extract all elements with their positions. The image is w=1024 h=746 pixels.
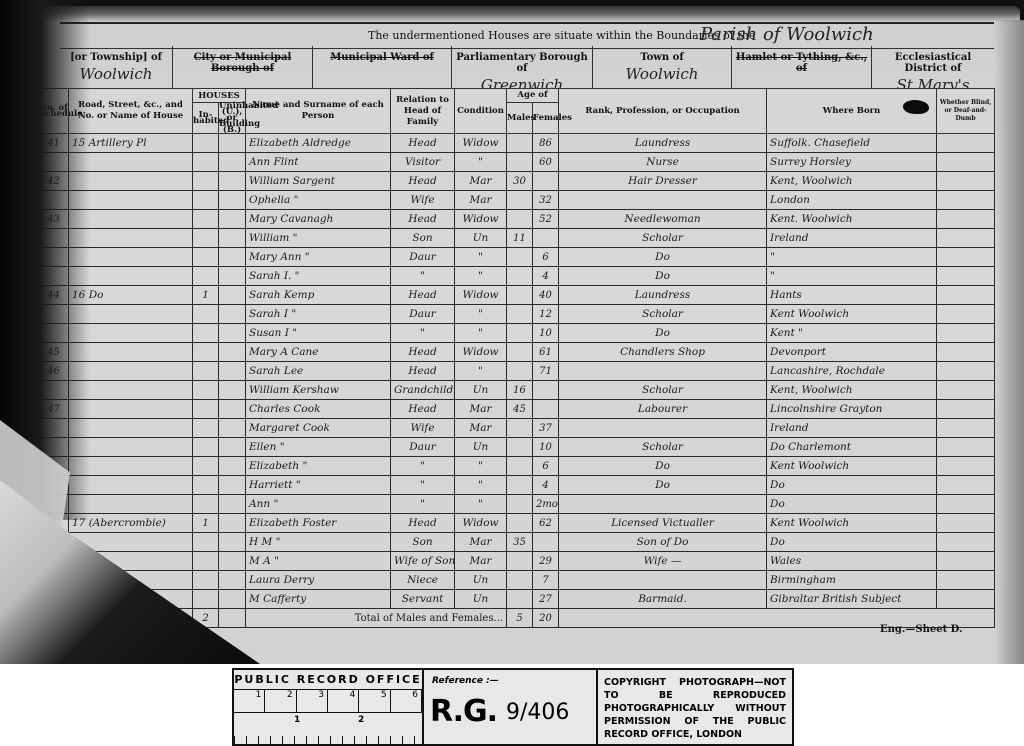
age-female: 60 xyxy=(533,153,559,172)
age-male: 11 xyxy=(507,229,533,248)
birthplace: Kent, Woolwich xyxy=(767,381,937,400)
occupation: Son of Do xyxy=(559,533,767,552)
division-hamlet: Hamlet or Tything, &c., of xyxy=(732,46,872,88)
table-row: 4817 (Abercrombie)1Elizabeth FosterHeadW… xyxy=(39,514,995,533)
relation: " xyxy=(391,324,455,343)
blind-deaf xyxy=(937,362,995,381)
copyright-notice: COPYRIGHT PHOTOGRAPH—NOT TO BE REPRODUCE… xyxy=(598,670,792,744)
total-uninhabited xyxy=(219,609,246,628)
age-female: 10 xyxy=(533,438,559,457)
table-row: 46Sarah LeeHead"71Lancashire, Rochdale xyxy=(39,362,995,381)
condition: Mar xyxy=(455,400,507,419)
condition: Un xyxy=(455,381,507,400)
ink-blot xyxy=(903,100,929,114)
relation: " xyxy=(391,267,455,286)
birthplace: Do xyxy=(767,495,937,514)
inhabited-count xyxy=(193,400,219,419)
condition: " xyxy=(455,495,507,514)
administrative-divisions: [or Township] of Woolwich City or Munici… xyxy=(60,46,994,90)
age-male xyxy=(507,324,533,343)
age-male xyxy=(507,419,533,438)
inhabited-count xyxy=(193,191,219,210)
uninhabited-count xyxy=(219,305,246,324)
blind-deaf xyxy=(937,571,995,590)
relation: Wife xyxy=(391,419,455,438)
person-name: Charles Cook xyxy=(246,400,391,419)
blind-deaf xyxy=(937,400,995,419)
condition: " xyxy=(455,305,507,324)
condition: Mar xyxy=(455,552,507,571)
inhabited-count xyxy=(193,590,219,609)
relation: Daur xyxy=(391,305,455,324)
occupation xyxy=(559,362,767,381)
condition: " xyxy=(455,324,507,343)
occupation: Barmaid. xyxy=(559,590,767,609)
inhabited-count xyxy=(193,134,219,153)
table-row: Sarah I "Daur"12ScholarKent Woolwich xyxy=(39,305,995,324)
birthplace: Do xyxy=(767,476,937,495)
relation: " xyxy=(391,476,455,495)
person-name: Mary A Cane xyxy=(246,343,391,362)
age-female: 29 xyxy=(533,552,559,571)
table-row: Margaret CookWifeMar37Ireland xyxy=(39,419,995,438)
condition: Widow xyxy=(455,286,507,305)
blind-deaf xyxy=(937,229,995,248)
age-female: 10 xyxy=(533,324,559,343)
uninhabited-count xyxy=(219,248,246,267)
boundary-banner: The undermentioned Houses are situate wi… xyxy=(60,22,994,49)
inhabited-count xyxy=(193,362,219,381)
ruler-inches: 1 2 xyxy=(234,713,422,744)
table-row: Mary Ann "Daur"6Do" xyxy=(39,248,995,267)
condition: Un xyxy=(455,229,507,248)
table-row: Ophelia "WifeMar32London xyxy=(39,191,995,210)
blind-deaf xyxy=(937,267,995,286)
blind-deaf xyxy=(937,495,995,514)
birthplace: Hants xyxy=(767,286,937,305)
condition: " xyxy=(455,153,507,172)
inhabited-count xyxy=(193,476,219,495)
col-occupation: Rank, Profession, or Occupation xyxy=(559,89,767,134)
person-name: M A " xyxy=(246,552,391,571)
page-edge xyxy=(994,20,1024,664)
table-row: Susan I """10DoKent " xyxy=(39,324,995,343)
relation: Son xyxy=(391,533,455,552)
birthplace: Gibraltar British Subject xyxy=(767,590,937,609)
birthplace: Kent, Woolwich xyxy=(767,172,937,191)
table-row: Harriett """4DoDo xyxy=(39,476,995,495)
table-row: Elizabeth """6DoKent Woolwich xyxy=(39,457,995,476)
table-row: M A "Wife of SonMar29Wife —Wales xyxy=(39,552,995,571)
person-name: Sarah I. " xyxy=(246,267,391,286)
condition: Widow xyxy=(455,134,507,153)
inhabited-count: 1 xyxy=(193,514,219,533)
relation: Daur xyxy=(391,248,455,267)
relation: Visitor xyxy=(391,153,455,172)
age-female: 4 xyxy=(533,476,559,495)
person-name: Mary Ann " xyxy=(246,248,391,267)
blind-deaf xyxy=(937,514,995,533)
person-name: William " xyxy=(246,229,391,248)
relation: Wife xyxy=(391,191,455,210)
uninhabited-count xyxy=(219,457,246,476)
inhabited-count xyxy=(193,457,219,476)
age-male xyxy=(507,552,533,571)
table-row: William KershawGrandchildUn16ScholarKent… xyxy=(39,381,995,400)
condition: Un xyxy=(455,590,507,609)
census-scan: The undermentioned Houses are situate wi… xyxy=(0,0,1024,664)
condition: " xyxy=(455,248,507,267)
age-female: 61 xyxy=(533,343,559,362)
age-female: 32 xyxy=(533,191,559,210)
relation: Son xyxy=(391,229,455,248)
census-rows: 4115 Artillery PlElizabeth AldredgeHeadW… xyxy=(39,134,995,609)
relation: Head xyxy=(391,343,455,362)
census-table: No. of Schedule Road, Street, &c., and N… xyxy=(38,88,995,628)
age-male: 30 xyxy=(507,172,533,191)
person-name: William Sargent xyxy=(246,172,391,191)
inhabited-count xyxy=(193,343,219,362)
inhabited-count xyxy=(193,419,219,438)
total-persons-label: Total of Males and Females... xyxy=(246,609,507,628)
table-row: Laura DerryNieceUn7Birmingham xyxy=(39,571,995,590)
condition: Un xyxy=(455,438,507,457)
age-female xyxy=(533,400,559,419)
blind-deaf xyxy=(937,419,995,438)
age-male xyxy=(507,134,533,153)
age-male: 35 xyxy=(507,533,533,552)
person-name: Mary Cavanagh xyxy=(246,210,391,229)
blind-deaf xyxy=(937,248,995,267)
age-male xyxy=(507,248,533,267)
age-female: 12 xyxy=(533,305,559,324)
table-row: Ann """2moDo xyxy=(39,495,995,514)
uninhabited-count xyxy=(219,267,246,286)
occupation xyxy=(559,571,767,590)
uninhabited-count xyxy=(219,571,246,590)
occupation: Labourer xyxy=(559,400,767,419)
inhabited-count xyxy=(193,552,219,571)
occupation: Wife — xyxy=(559,552,767,571)
occupation: Do xyxy=(559,267,767,286)
occupation: Do xyxy=(559,476,767,495)
division-municipal-ward: Municipal Ward of xyxy=(313,46,452,88)
age-male xyxy=(507,343,533,362)
occupation: Scholar xyxy=(559,438,767,457)
birthplace: Birmingham xyxy=(767,571,937,590)
inhabited-count xyxy=(193,495,219,514)
division-parliamentary-borough: Parliamentary Borough of Greenwich xyxy=(452,46,593,88)
condition: Mar xyxy=(455,172,507,191)
table-row: Ellen "DaurUn10ScholarDo Charlemont xyxy=(39,438,995,457)
birthplace: Devonport xyxy=(767,343,937,362)
col-males: Males xyxy=(507,103,533,134)
blind-deaf xyxy=(937,286,995,305)
condition: Un xyxy=(455,571,507,590)
occupation: Do xyxy=(559,248,767,267)
relation: Daur xyxy=(391,438,455,457)
condition: Widow xyxy=(455,210,507,229)
occupation: Do xyxy=(559,324,767,343)
condition: Mar xyxy=(455,533,507,552)
inhabited-count xyxy=(193,381,219,400)
birthplace: Kent Woolwich xyxy=(767,305,937,324)
person-name: Elizabeth Aldredge xyxy=(246,134,391,153)
birthplace: Kent Woolwich xyxy=(767,457,937,476)
birthplace: " xyxy=(767,267,937,286)
age-female: 4 xyxy=(533,267,559,286)
occupation: Laundress xyxy=(559,286,767,305)
col-age: Age of xyxy=(507,89,559,103)
inhabited-count xyxy=(193,533,219,552)
col-condition: Condition xyxy=(455,89,507,134)
condition: Widow xyxy=(455,343,507,362)
person-name: Ophelia " xyxy=(246,191,391,210)
inhabited-count xyxy=(193,438,219,457)
condition: " xyxy=(455,476,507,495)
blind-deaf xyxy=(937,533,995,552)
table-row: 45Mary A CaneHeadWidow61Chandlers ShopDe… xyxy=(39,343,995,362)
person-name: Elizabeth " xyxy=(246,457,391,476)
relation: Grandchild xyxy=(391,381,455,400)
age-female xyxy=(533,172,559,191)
person-name: Margaret Cook xyxy=(246,419,391,438)
blind-deaf xyxy=(937,381,995,400)
blind-deaf xyxy=(937,305,995,324)
table-row: H M "SonMar35Son of DoDo xyxy=(39,533,995,552)
blind-deaf xyxy=(937,552,995,571)
person-name: H M " xyxy=(246,533,391,552)
birthplace: " xyxy=(767,248,937,267)
age-male: 16 xyxy=(507,381,533,400)
relation: Head xyxy=(391,134,455,153)
inhabited-count xyxy=(193,248,219,267)
relation: Wife of Son xyxy=(391,552,455,571)
blind-deaf xyxy=(937,210,995,229)
occupation: Scholar xyxy=(559,229,767,248)
occupation: Needlewoman xyxy=(559,210,767,229)
table-row: 4115 Artillery PlElizabeth AldredgeHeadW… xyxy=(39,134,995,153)
person-name: Sarah Lee xyxy=(246,362,391,381)
age-male xyxy=(507,495,533,514)
age-male xyxy=(507,286,533,305)
person-name: Ann " xyxy=(246,495,391,514)
col-relation: Relation to Head of Family xyxy=(391,89,455,134)
uninhabited-count xyxy=(219,590,246,609)
occupation: Licensed Victualler xyxy=(559,514,767,533)
total-males: 5 xyxy=(507,609,533,628)
birthplace: Kent. Woolwich xyxy=(767,210,937,229)
age-female: 71 xyxy=(533,362,559,381)
person-name: Elizabeth Foster xyxy=(246,514,391,533)
uninhabited-count xyxy=(219,286,246,305)
col-blind-deaf: Whether Blind, or Deaf-and-Dumb xyxy=(937,89,995,134)
birthplace: London xyxy=(767,191,937,210)
uninhabited-count xyxy=(219,400,246,419)
uninhabited-count xyxy=(219,324,246,343)
inhabited-count xyxy=(193,172,219,191)
relation: Head xyxy=(391,400,455,419)
blind-deaf xyxy=(937,172,995,191)
uninhabited-count xyxy=(219,362,246,381)
birthplace: Lancashire, Rochdale xyxy=(767,362,937,381)
age-female xyxy=(533,533,559,552)
relation: Head xyxy=(391,286,455,305)
condition: " xyxy=(455,362,507,381)
relation: Head xyxy=(391,514,455,533)
table-row: Ann FlintVisitor"60NurseSurrey Horsley xyxy=(39,153,995,172)
reference-box: Reference :— R.G. 9/406 xyxy=(424,670,598,744)
age-male xyxy=(507,153,533,172)
birthplace: Do Charlemont xyxy=(767,438,937,457)
blind-deaf xyxy=(937,324,995,343)
relation: Head xyxy=(391,362,455,381)
table-row: 42William SargentHeadMar30Hair DresserKe… xyxy=(39,172,995,191)
total-females: 20 xyxy=(533,609,559,628)
age-male xyxy=(507,571,533,590)
col-inhabited: In-habited xyxy=(193,103,219,134)
relation: Servant xyxy=(391,590,455,609)
age-male xyxy=(507,305,533,324)
archive-reference-strip: PUBLIC RECORD OFFICE 1 2 3 4 5 6 1 2 Ref… xyxy=(232,668,794,746)
reference-label: Reference :— xyxy=(432,676,499,686)
person-name: Susan I " xyxy=(246,324,391,343)
inhabited-count xyxy=(193,153,219,172)
age-female: 2mo xyxy=(533,495,559,514)
banner-label: The undermentioned Houses are situate wi… xyxy=(368,29,755,42)
relation: Head xyxy=(391,172,455,191)
uninhabited-count xyxy=(219,381,246,400)
age-male xyxy=(507,476,533,495)
age-female xyxy=(533,381,559,400)
age-female: 37 xyxy=(533,419,559,438)
person-name: Laura Derry xyxy=(246,571,391,590)
inhabited-count xyxy=(193,267,219,286)
condition: Widow xyxy=(455,514,507,533)
birthplace: Kent Woolwich xyxy=(767,514,937,533)
uninhabited-count xyxy=(219,514,246,533)
relation: " xyxy=(391,495,455,514)
division-town: Town of Woolwich xyxy=(593,46,732,88)
occupation: Scholar xyxy=(559,381,767,400)
occupation: Chandlers Shop xyxy=(559,343,767,362)
occupation: Scholar xyxy=(559,305,767,324)
scale-ruler: 1 2 3 4 5 6 1 2 xyxy=(234,690,422,744)
table-row: William "SonUn11ScholarIreland xyxy=(39,229,995,248)
table-row: 4416 Do1Sarah KempHeadWidow40LaundressHa… xyxy=(39,286,995,305)
person-name: Ellen " xyxy=(246,438,391,457)
uninhabited-count xyxy=(219,210,246,229)
public-record-office-box: PUBLIC RECORD OFFICE 1 2 3 4 5 6 1 2 xyxy=(234,670,424,744)
blind-deaf xyxy=(937,134,995,153)
relation: Head xyxy=(391,210,455,229)
person-name: Sarah Kemp xyxy=(246,286,391,305)
age-female: 27 xyxy=(533,590,559,609)
occupation: Nurse xyxy=(559,153,767,172)
age-male xyxy=(507,191,533,210)
office-title: PUBLIC RECORD OFFICE xyxy=(234,670,422,690)
age-male xyxy=(507,210,533,229)
division-ecclesiastical: Ecclesiastical District of St Mary's xyxy=(872,46,994,88)
person-name: Ann Flint xyxy=(246,153,391,172)
condition: Mar xyxy=(455,419,507,438)
reference-piece: 9/406 xyxy=(506,700,569,725)
age-female: 62 xyxy=(533,514,559,533)
birthplace: Lincolnshire Grayton xyxy=(767,400,937,419)
condition: " xyxy=(455,267,507,286)
inhabited-count xyxy=(193,210,219,229)
blind-deaf xyxy=(937,476,995,495)
uninhabited-count xyxy=(219,229,246,248)
relation: Niece xyxy=(391,571,455,590)
division-municipal-borough: City or Municipal Borough of xyxy=(173,46,313,88)
blind-deaf xyxy=(937,343,995,362)
age-female xyxy=(533,229,559,248)
occupation: Hair Dresser xyxy=(559,172,767,191)
ruler-cm: 1 2 3 4 5 6 xyxy=(234,690,422,713)
occupation xyxy=(559,191,767,210)
birthplace: Wales xyxy=(767,552,937,571)
age-male: 45 xyxy=(507,400,533,419)
age-male xyxy=(507,267,533,286)
age-male xyxy=(507,590,533,609)
occupation xyxy=(559,495,767,514)
col-name: Name and Surname of each Person xyxy=(246,89,391,134)
age-male xyxy=(507,514,533,533)
occupation xyxy=(559,419,767,438)
blind-deaf xyxy=(937,438,995,457)
uninhabited-count xyxy=(219,153,246,172)
birthplace: Suffolk. Chasefield xyxy=(767,134,937,153)
inhabited-count xyxy=(193,229,219,248)
reference-series: R.G. xyxy=(430,694,497,729)
occupation: Laundress xyxy=(559,134,767,153)
inhabited-count: 1 xyxy=(193,286,219,305)
uninhabited-count xyxy=(219,495,246,514)
age-male xyxy=(507,457,533,476)
birthplace: Do xyxy=(767,533,937,552)
blind-deaf xyxy=(937,191,995,210)
inhabited-count xyxy=(193,324,219,343)
birthplace: Ireland xyxy=(767,419,937,438)
uninhabited-count xyxy=(219,134,246,153)
age-male xyxy=(507,362,533,381)
uninhabited-count xyxy=(219,438,246,457)
person-name: Harriett " xyxy=(246,476,391,495)
blind-deaf xyxy=(937,590,995,609)
blind-deaf xyxy=(937,457,995,476)
birthplace: Ireland xyxy=(767,229,937,248)
table-row: M CaffertyServantUn27Barmaid.Gibraltar B… xyxy=(39,590,995,609)
col-females: Females xyxy=(533,103,559,134)
person-name: M Cafferty xyxy=(246,590,391,609)
age-female: 52 xyxy=(533,210,559,229)
banner-value: Parish of Woolwich xyxy=(700,24,874,45)
condition: " xyxy=(455,457,507,476)
uninhabited-count xyxy=(219,343,246,362)
relation: " xyxy=(391,457,455,476)
uninhabited-count xyxy=(219,552,246,571)
uninhabited-count xyxy=(219,476,246,495)
occupation: Do xyxy=(559,457,767,476)
age-female: 7 xyxy=(533,571,559,590)
inhabited-count xyxy=(193,571,219,590)
table-row: Sarah I. """4Do" xyxy=(39,267,995,286)
person-name: Sarah I " xyxy=(246,305,391,324)
table-row: 47Charles CookHeadMar45LabourerLincolnsh… xyxy=(39,400,995,419)
uninhabited-count xyxy=(219,191,246,210)
scan-shadow-top xyxy=(0,0,1024,22)
